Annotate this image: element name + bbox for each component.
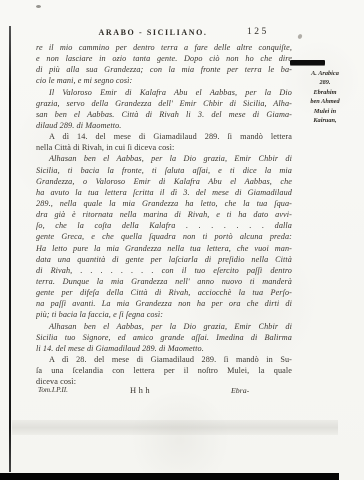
page-edge-shadow xyxy=(12,420,338,435)
body-text-line: data una quantità di gente per laſciarla… xyxy=(36,254,292,265)
body-text-block: re il mio cammino per dentro terra a far… xyxy=(36,42,292,387)
body-text-line: li 14. del mese di Giamadilaud 289. di M… xyxy=(36,343,292,354)
running-header: ARABO - SICILIANO. xyxy=(37,28,269,37)
body-text-line: di più alla sua Grandezza; con la mia fr… xyxy=(36,64,292,75)
body-text-line: A dì 14. del mese di Giamadilaud 289. ſi… xyxy=(36,131,292,142)
margin-annotation: A. Arabica 289. Ebrahim ben Ahmed Mulei … xyxy=(293,69,357,125)
signature-mark: Hhh xyxy=(130,385,152,395)
page-number: 125 xyxy=(247,27,269,37)
body-text-line: Grandezza, o Valoroso Emir di Kalafra Ab… xyxy=(36,176,292,187)
margin-note-line: A. Arabica xyxy=(293,69,357,78)
body-text-line: Alhasan ben el Aabbas, per la Dio grazia… xyxy=(36,321,292,332)
body-text-line: ſo, che la coſta della Kalafra . . . . .… xyxy=(36,220,292,231)
body-text-line: ſa una ſcelandia con lettera per il noſt… xyxy=(36,365,292,376)
body-text-line: san ben el Aabbas. Città di Rivah li 3. … xyxy=(36,109,292,120)
body-text-line: re il mio cammino per dentro terra a far… xyxy=(36,42,292,53)
body-text-line: 289., nella quale la mia Grandezza ha le… xyxy=(36,198,292,209)
body-text-line: di Rivah, . . . . . . . . con il tuo eſe… xyxy=(36,265,292,276)
ink-speck xyxy=(36,5,41,8)
body-text-line: e non lasciare in ozio tanta gente. Dopo… xyxy=(36,53,292,64)
body-text-line: grazia, servo della Grandezza dell' Emir… xyxy=(36,98,292,109)
catchword: Ebra- xyxy=(231,386,249,395)
body-text-line: gente per difeſa della Città di Rivah, a… xyxy=(36,287,292,298)
body-text-line: diceva così: xyxy=(36,376,292,387)
body-text-line: na paſſi avanti. La mia Grandezza non ha… xyxy=(36,298,292,309)
page-gutter-line xyxy=(9,26,11,472)
body-text-line: Sicilia tuo Signore, ed amico grande aſſ… xyxy=(36,332,292,343)
body-text-line: Ha letto pure la mia Grandezza nella tua… xyxy=(36,243,292,254)
body-text-line: più; ti bacia la faccia, e ſi ſegna così… xyxy=(36,309,292,320)
volume-mark: Tom.I.P.II. xyxy=(38,386,68,394)
scan-edge-bar xyxy=(0,473,339,480)
body-text-line: nella Città di Rivah, in cui ſi diceva c… xyxy=(36,142,292,153)
body-text-line: cio le mani, e mi segno così: xyxy=(36,75,292,86)
body-text-line: A dì 28. del mese di Giamadilaud 289. ſi… xyxy=(36,354,292,365)
ink-speck xyxy=(297,33,303,39)
margin-note-line: Mulei in xyxy=(293,107,357,116)
scanned-book-page: ARABO - SICILIANO. 125 A. Arabica 289. E… xyxy=(0,0,364,480)
ink-mark-bar xyxy=(290,60,325,65)
body-text-line: gente Greca, e che quella ſquadra non ti… xyxy=(36,231,292,242)
margin-note-line: Kairuan, xyxy=(293,116,357,125)
body-text-line: ha avuto la tua lettera ſcritta il dì 3.… xyxy=(36,187,292,198)
body-text-line: Alhasan ben el Aabbas, per la Dio grazia… xyxy=(36,153,292,164)
margin-note-line: 289. xyxy=(293,78,357,87)
body-text-line: terra. Dunque la mia Grandezza nell' ann… xyxy=(36,276,292,287)
body-text-line: dra già è ritornata nella marina di Riva… xyxy=(36,209,292,220)
body-text-line: Sicilia, ti bacia la fronte, ti ſaluta a… xyxy=(36,165,292,176)
margin-note-line: ben Ahmed xyxy=(293,97,357,106)
margin-note-line: Ebrahim xyxy=(293,88,357,97)
body-text-line: Il Valoroso Emir di Kalafra Abu el Aabba… xyxy=(36,87,292,98)
body-text-line: dilaud 289. di Maometto. xyxy=(36,120,292,131)
